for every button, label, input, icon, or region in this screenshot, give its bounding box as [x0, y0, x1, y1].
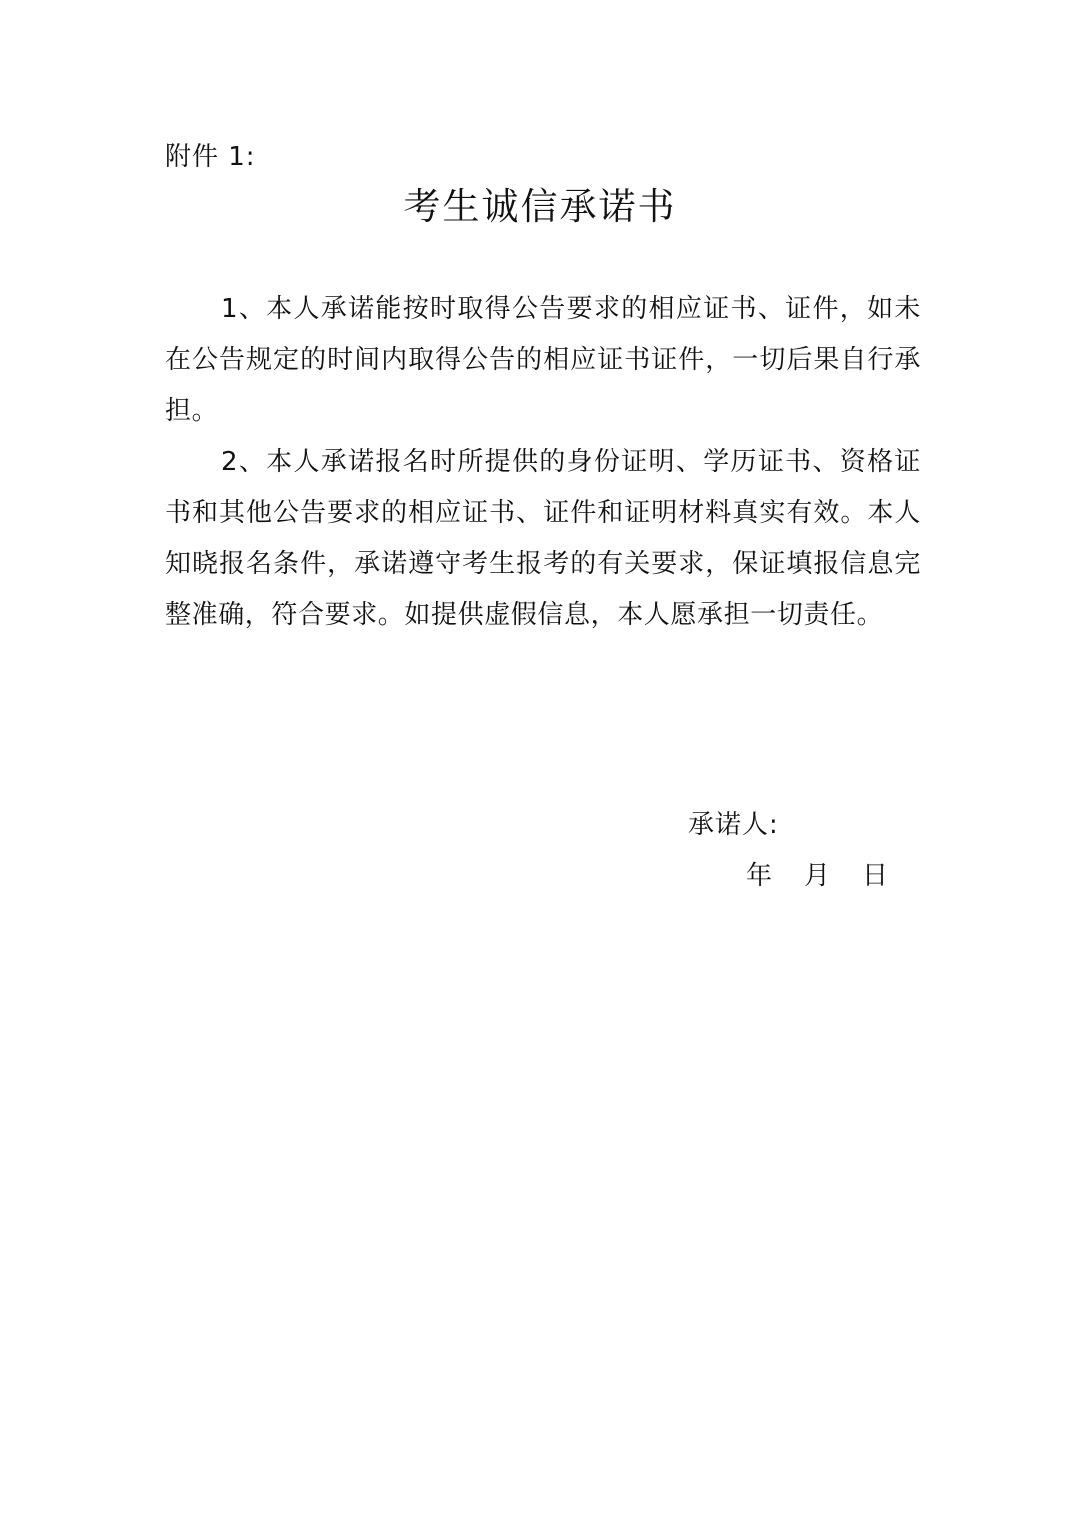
document-page: 附件 1: 考生诚信承诺书 1、本人承诺能按时取得公告要求的相应证书、证件，如未… [0, 0, 1080, 1527]
date-line: 年月日 [688, 851, 948, 902]
clause-2: 2、本人承诺报名时所提供的身份证明、学历证书、资格证书和其他公告要求的相应证书、… [165, 437, 921, 641]
document-title: 考生诚信承诺书 [0, 184, 1080, 230]
signer-label: 承诺人: [688, 800, 948, 851]
signature-block: 承诺人: 年月日 [688, 800, 948, 902]
clause-1: 1、本人承诺能按时取得公告要求的相应证书、证件，如未在公告规定的时间内取得公告的… [165, 284, 921, 437]
day-label: 日 [862, 851, 888, 902]
attachment-label: 附件 1: [165, 140, 256, 174]
month-label: 月 [804, 851, 830, 902]
commitment-body: 1、本人承诺能按时取得公告要求的相应证书、证件，如未在公告规定的时间内取得公告的… [165, 284, 921, 641]
year-label: 年 [746, 851, 772, 902]
